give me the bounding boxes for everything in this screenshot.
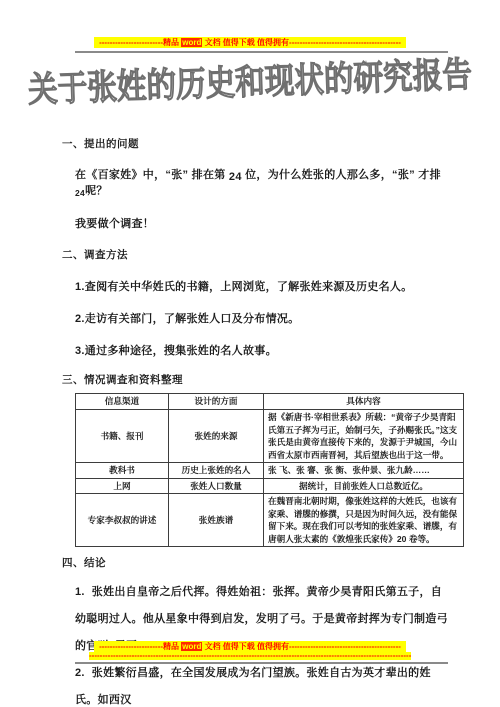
conclusion-item: 2.张姓繁衍昌盛，在全国发展成为名门望族。张姓自古为英才辈出的姓氏。如西汉	[75, 660, 452, 707]
table-cell-content: 据《新唐书·宰相世系表》所载：“黄帝子少昊青阳氏第五子挥为弓正，始制弓矢，子孙赐…	[264, 410, 464, 463]
conclusion-text: 张姓繁衍昌盛，在全国发展成为名门望族。张姓自古为英才辈出的姓氏。如西汉	[75, 667, 431, 706]
rank-number-24-small: 24	[75, 188, 85, 198]
promo-dash-line: ----------------------------------------…	[89, 652, 411, 660]
wordart-title-text: 关于张姓的历史和现状的研究报告	[27, 54, 472, 109]
banner-rest: 文档 值得下载 值得拥有	[202, 38, 289, 47]
table-cell-content: 张 飞、张 謇、张 衡、张仲景、张九龄……	[264, 463, 464, 479]
survey-table: 信息渠道 设计的方面 具体内容 书籍、报刊 张姓的来源 据《新唐书·宰相世系表》…	[75, 393, 464, 547]
conclusion-number: 2.	[75, 667, 92, 679]
table-cell-aspect: 张姓人口数量	[169, 478, 264, 494]
table-header-row: 信息渠道 设计的方面 具体内容	[76, 394, 464, 410]
table-cell-channel: 书籍、报刊	[76, 410, 169, 463]
table-cell-aspect: 张姓的来源	[169, 410, 264, 463]
table-header-aspect: 设计的方面	[169, 394, 264, 410]
rank-number-24: 24	[229, 171, 242, 183]
table-row: 书籍、报刊 张姓的来源 据《新唐书·宰相世系表》所载：“黄帝子少昊青阳氏第五子挥…	[76, 410, 464, 463]
document-page: ------------------------精品 word 文档 值得下载 …	[0, 0, 500, 707]
page-footer: ------------------------精品 word 文档 值得下载 …	[0, 641, 500, 664]
method-item: 3.通过多种途径，搜集张姓的名人故事。	[75, 342, 450, 358]
banner-dashes-right: ----------------------------------------…	[289, 642, 401, 651]
table-header-channel: 信息渠道	[76, 394, 169, 410]
table-header-content: 具体内容	[264, 394, 464, 410]
banner-word-highlight: word	[181, 38, 202, 47]
table-cell-aspect: 历史上张姓的名人	[169, 463, 264, 479]
banner-word-highlight: word	[181, 642, 202, 651]
table-row: 上网 张姓人口数量 据统计，目前张姓人口总数近亿。	[76, 478, 464, 494]
banner-dashes-right: ----------------------------------------…	[289, 38, 401, 47]
banner-brand: 精品	[163, 642, 181, 651]
question-statement: 我要做个调查！	[75, 215, 450, 231]
question-text-2: 位，为什么姓张的人那么多，“张” 才排	[242, 169, 441, 181]
banner-rest: 文档 值得下载 值得拥有	[202, 642, 289, 651]
wordart-title: 关于张姓的历史和现状的研究报告	[18, 47, 500, 122]
section-heading-method: 二、调查方法	[62, 247, 500, 262]
table-cell-content: 在魏晋南北朝时期，像张姓这样的大姓氏，也该有家乘、谱牒的修撰，只是因为时间久远，…	[264, 494, 464, 547]
method-item: 1.查阅有关中华姓氏的书籍，上网浏览，了解张姓来源及历史名人。	[75, 278, 450, 294]
table-cell-aspect: 张姓族谱	[169, 494, 264, 547]
footer-divider-line	[75, 662, 448, 664]
method-item: 2.走访有关部门，了解张姓人口及分布情况。	[75, 310, 450, 326]
table-cell-content: 据统计，目前张姓人口总数近亿。	[264, 478, 464, 494]
question-text-1: 在《百家姓》中，“张” 排在第	[75, 169, 229, 181]
table-row: 专家李叔叔的讲述 张姓族谱 在魏晋南北朝时期，像张姓这样的大姓氏，也该有家乘、谱…	[76, 494, 464, 547]
banner-dashes-left: ------------------------	[99, 38, 163, 47]
promo-banner-bottom: ------------------------精品 word 文档 值得下载 …	[94, 641, 406, 652]
question-paragraph: 在《百家姓》中，“张” 排在第 24 位，为什么姓张的人那么多，“张” 才排24…	[75, 166, 450, 198]
conclusion-number: 1.	[75, 586, 92, 598]
table-cell-channel: 专家李叔叔的讲述	[76, 494, 169, 547]
question-text-3: 呢？	[85, 185, 108, 197]
section-heading-conclusion: 四、结论	[62, 555, 500, 570]
section-heading-question: 一、提出的问题	[62, 136, 500, 151]
table-cell-channel: 上网	[76, 478, 169, 494]
wordart-title-svg: 关于张姓的历史和现状的研究报告	[18, 47, 482, 117]
section-heading-survey: 三、情况调查和资料整理	[62, 372, 500, 387]
table-cell-channel: 教科书	[76, 463, 169, 479]
banner-brand: 精品	[163, 38, 181, 47]
banner-dashes-left: ------------------------	[99, 642, 163, 651]
table-row: 教科书 历史上张姓的名人 张 飞、张 謇、张 衡、张仲景、张九龄……	[76, 463, 464, 479]
